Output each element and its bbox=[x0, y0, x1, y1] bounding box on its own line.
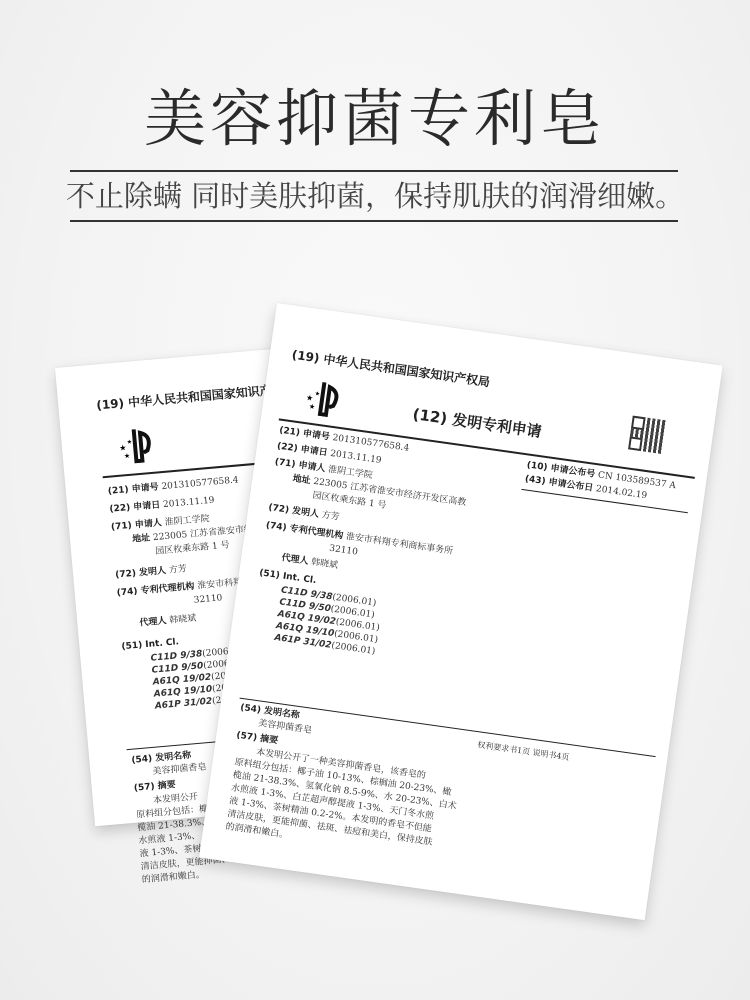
svg-text:★: ★ bbox=[306, 393, 314, 403]
int-cl-label: (51) Int. Cl. bbox=[258, 567, 317, 587]
inventor: (72) 发明人 方芳 bbox=[115, 563, 188, 581]
agent: 代理人 韩晓斌 bbox=[139, 613, 197, 630]
svg-text:★: ★ bbox=[314, 390, 320, 398]
agency-code: 32110 bbox=[328, 543, 358, 559]
divider-bottom bbox=[70, 220, 678, 222]
svg-text:★: ★ bbox=[308, 402, 315, 411]
patent-document-front: (19) 中华人民共和国国家知识产权局 ★★★ (12) 发明专利申请 (21)… bbox=[199, 303, 723, 920]
patent-office-logo-icon: ★★★ bbox=[302, 374, 347, 419]
page-subtitle: 不止除螨 同时美肤抑菌，保持肌肤的润滑细嫩。 bbox=[0, 178, 750, 214]
patent-agency: (74) 专利代理机构 淮安市科翔专利商标事务所 bbox=[265, 520, 454, 558]
agency-code: 32110 bbox=[193, 592, 223, 606]
int-cl-list: C11D 9/38(2006.01) C11D 9/50(2006.01) A6… bbox=[274, 584, 384, 658]
svg-text:★: ★ bbox=[124, 452, 131, 461]
abstract-label: (57) 摘要 bbox=[133, 779, 176, 795]
document-type: (12) 发明专利申请 bbox=[411, 403, 542, 442]
office-name: (19) 中华人民共和国国家知识产权 bbox=[96, 380, 285, 413]
page-title: 美容抑菌专利皂 bbox=[0, 88, 750, 150]
agent: 代理人 韩晓斌 bbox=[281, 552, 339, 572]
abstract-text: 本发明公开了一种美容抑菌香皂，该香皂的 原料组分包括：椰子油 10-13%、棕榈… bbox=[225, 744, 461, 866]
svg-text:★: ★ bbox=[126, 439, 132, 446]
patent-office-logo-icon: ★★★ bbox=[115, 421, 158, 464]
application-date: (22) 申请日 2013.11.19 bbox=[109, 495, 215, 516]
qr-code-icon bbox=[628, 416, 666, 454]
divider-top bbox=[70, 170, 678, 172]
application-number: (21) 申请号 201310577658.4 bbox=[107, 474, 239, 497]
